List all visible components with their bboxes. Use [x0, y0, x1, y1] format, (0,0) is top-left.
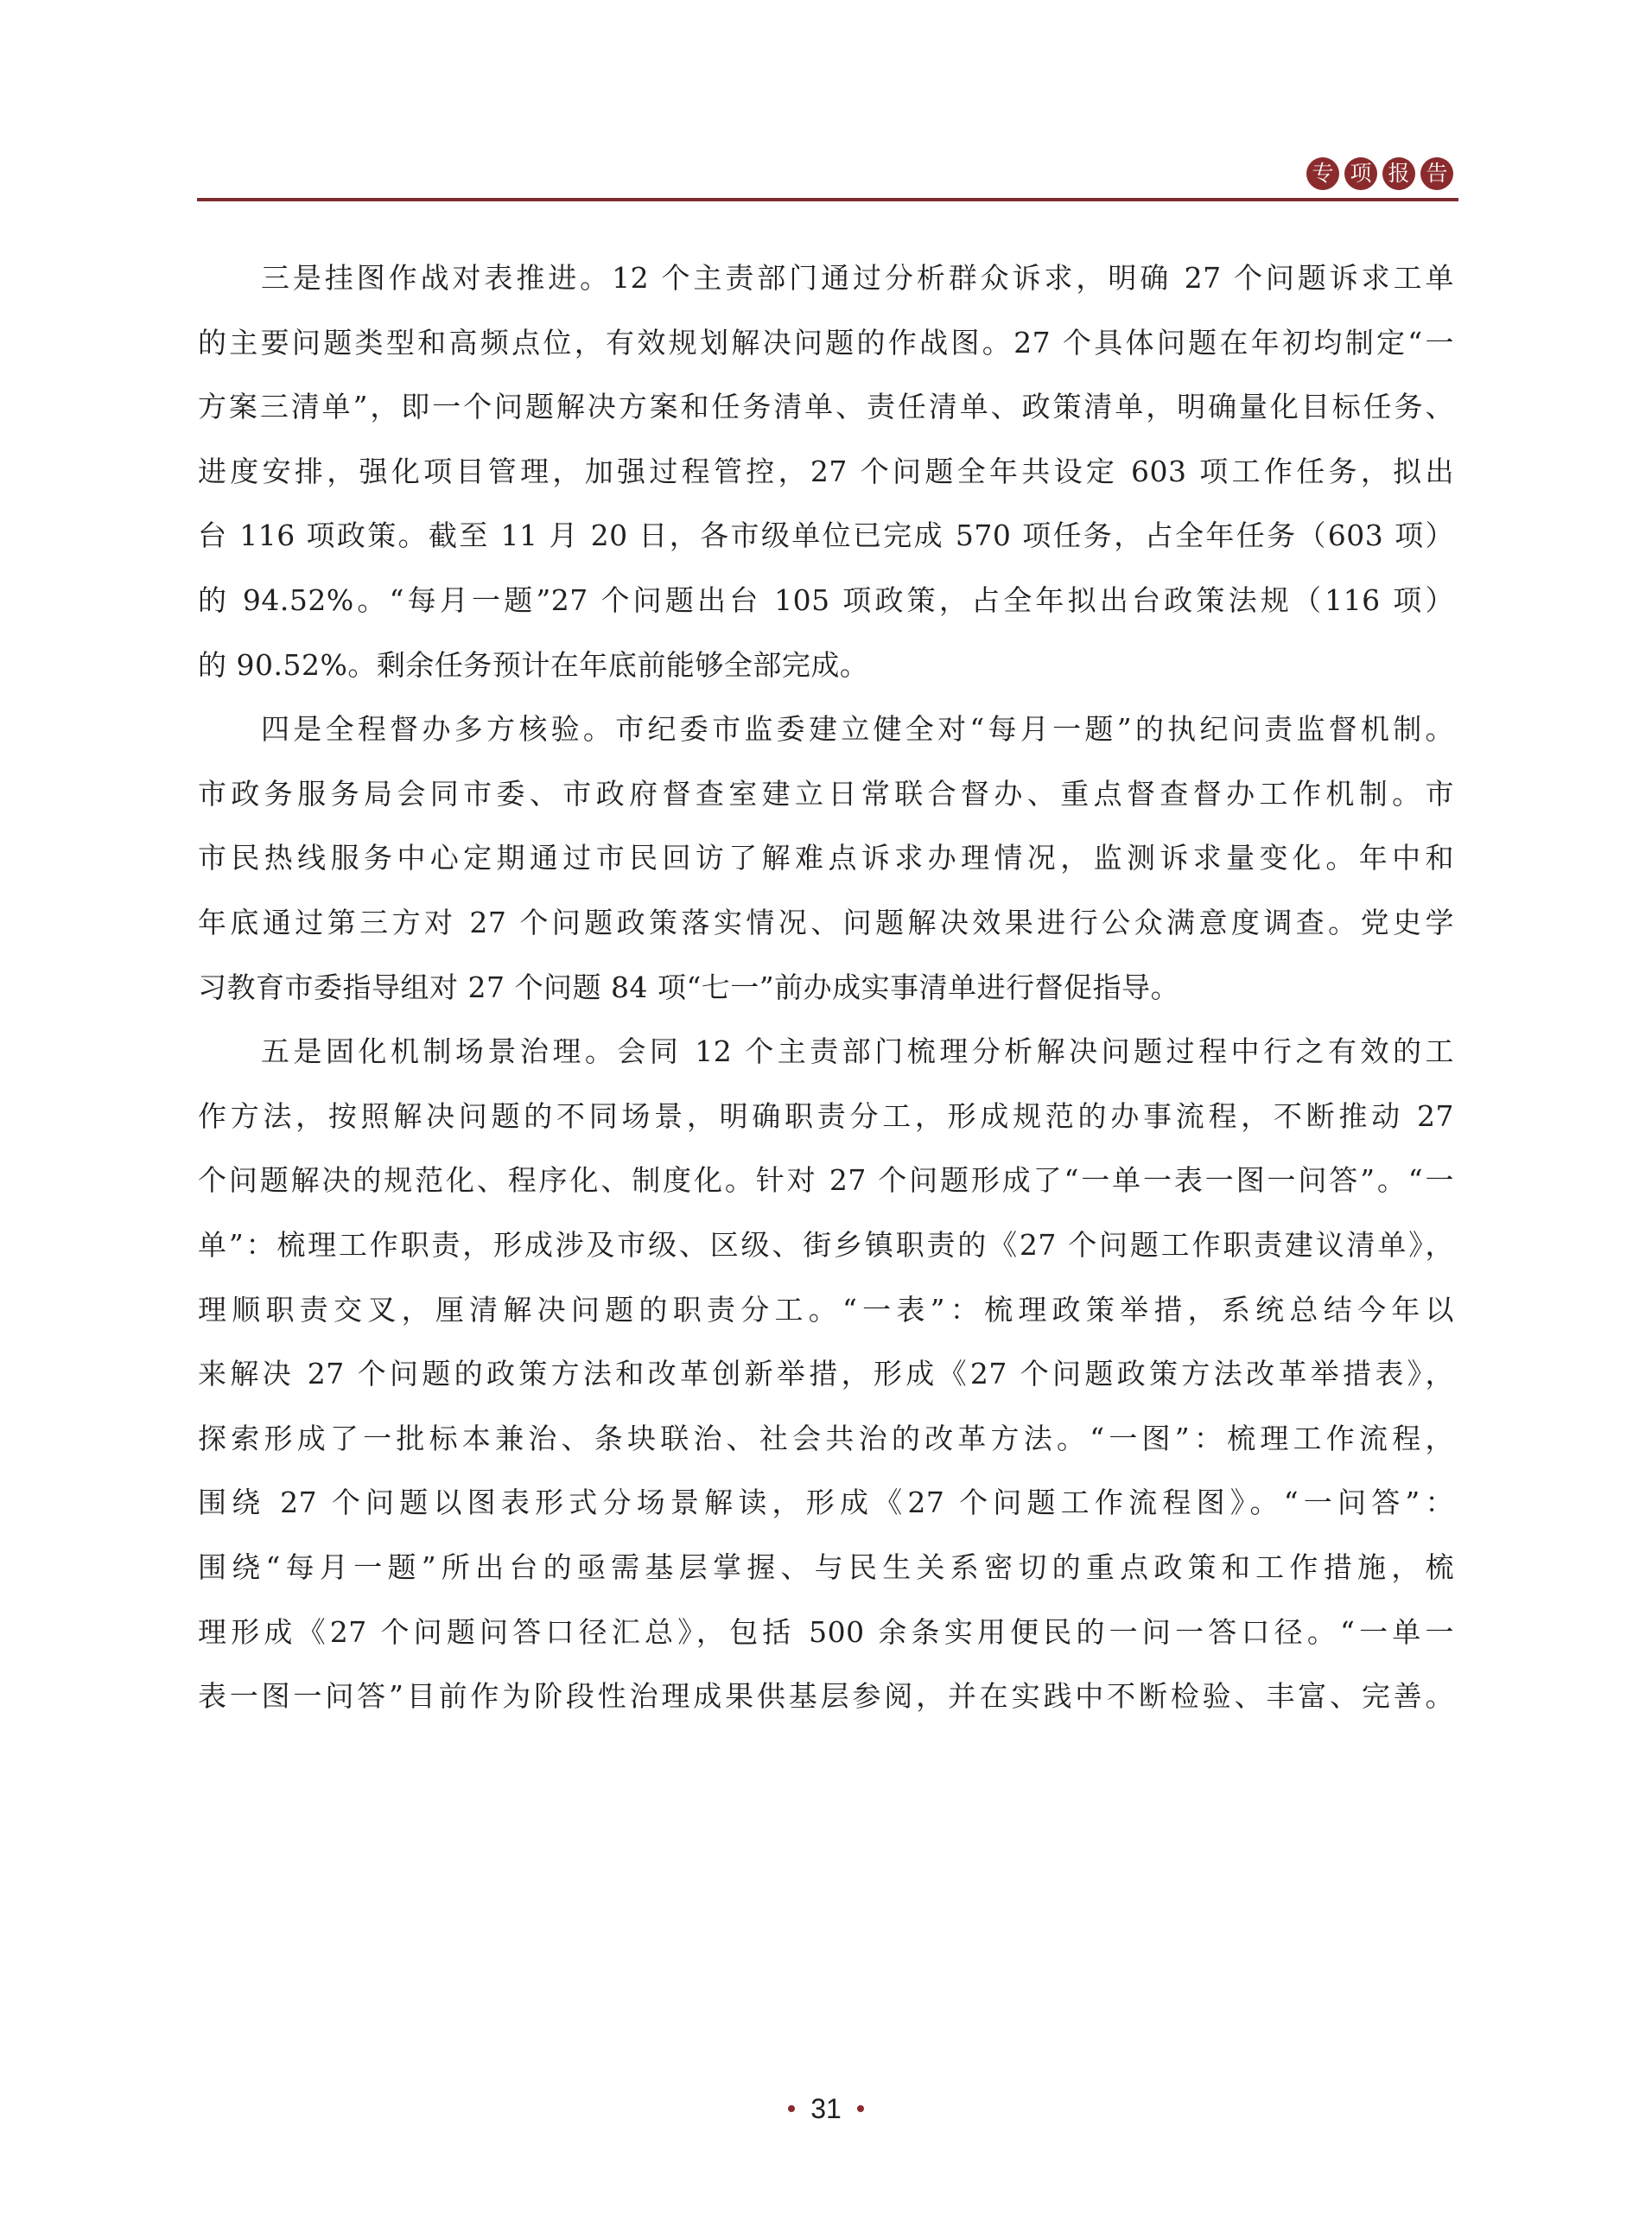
header-divider: [197, 198, 1458, 201]
page-footer: 31: [0, 2090, 1652, 2128]
paragraph-3-line-9: 围绕“每月一题”所出台的亟需基层掌握、与民生关系密切的重点政策和工作措施，梳: [198, 1536, 1454, 1600]
paragraph-3-line-4: 单”：梳理工作职责，形成涉及市级、区级、街乡镇职责的《27 个问题工作职责建议清…: [198, 1213, 1454, 1277]
footer-dot-left-icon: [788, 2105, 795, 2112]
paragraph-3-line-1: 五是固化机制场景治理。会同 12 个主责部门梳理分析解决问题过程中行之有效的工: [261, 1020, 1454, 1084]
paragraph-1-line-7: 的 90.52%。剩余任务预计在年底前能够全部完成。: [198, 633, 1454, 697]
paragraph-1-line-6: 的 94.52%。“每月一题”27 个问题出台 105 项政策，占全年拟出台政策…: [198, 569, 1454, 633]
paragraph-2-line-3: 市民热线服务中心定期通过市民回访了解难点诉求办理情况，监测诉求量变化。年中和: [198, 826, 1454, 890]
paragraph-2-line-5: 习教育市委指导组对 27 个问题 84 项“七一”前办成实事清单进行督促指导。: [198, 956, 1454, 1020]
section-badge-xiang: 项: [1344, 157, 1377, 190]
footer-dot-right-icon: [857, 2105, 864, 2112]
paragraph-3-line-5: 理顺职责交叉，厘清解决问题的职责分工。“一表”：梳理政策举措，系统总结今年以: [198, 1278, 1454, 1342]
paragraph-3-line-8: 围绕 27 个问题以图表形式分场景解读，形成《27 个问题工作流程图》。“一问答…: [198, 1471, 1454, 1535]
page-number: 31: [810, 2090, 842, 2128]
paragraph-2-line-1: 四是全程督办多方核验。市纪委市监委建立健全对“每月一题”的执纪问责监督机制。: [261, 697, 1454, 761]
paragraph-3-line-3: 个问题解决的规范化、程序化、制度化。针对 27 个问题形成了“一单一表一图一问答…: [198, 1149, 1454, 1212]
paragraph-2-line-4: 年底通过第三方对 27 个问题政策落实情况、问题解决效果进行公众满意度调查。党史…: [198, 891, 1454, 955]
section-badge-bao: 报: [1382, 157, 1415, 190]
section-badge-gao: 告: [1420, 157, 1453, 190]
paragraph-2-line-2: 市政务服务局会同市委、市政府督查室建立日常联合督办、重点督查督办工作机制。市: [198, 762, 1454, 826]
paragraph-1-line-4: 进度安排，强化项目管理，加强过程管控，27 个问题全年共设定 603 项工作任务…: [198, 440, 1454, 504]
paragraph-3-line-6: 来解决 27 个问题的政策方法和改革创新举措，形成《27 个问题政策方法改革举措…: [198, 1342, 1454, 1406]
paragraph-1-line-1: 三是挂图作战对表推进。12 个主责部门通过分析群众诉求，明确 27 个问题诉求工…: [261, 246, 1454, 310]
section-badge-zhuan: 专: [1306, 157, 1339, 190]
paragraph-1-line-5: 台 116 项政策。截至 11 月 20 日，各市级单位已完成 570 项任务，…: [198, 504, 1454, 568]
paragraph-3-line-10: 理形成《27 个问题问答口径汇总》，包括 500 余条实用便民的一问一答口径。“…: [198, 1600, 1454, 1664]
paragraph-1-line-2: 的主要问题类型和高频点位，有效规划解决问题的作战图。27 个具体问题在年初均制定…: [198, 311, 1454, 375]
paragraph-3-line-2: 作方法，按照解决问题的不同场景，明确职责分工，形成规范的办事流程，不断推动 27: [198, 1085, 1454, 1149]
paragraph-3-line-7: 探索形成了一批标本兼治、条块联治、社会共治的改革方法。“一图”：梳理工作流程，: [198, 1407, 1454, 1471]
paragraph-1-line-3: 方案三清单”，即一个问题解决方案和任务清单、责任清单、政策清单，明确量化目标任务…: [198, 375, 1454, 439]
paragraph-3-line-11: 表一图一问答”目前作为阶段性治理成果供基层参阅，并在实践中不断检验、丰富、完善。: [198, 1664, 1454, 1728]
section-header-badges: 专 项 报 告: [1306, 157, 1453, 190]
